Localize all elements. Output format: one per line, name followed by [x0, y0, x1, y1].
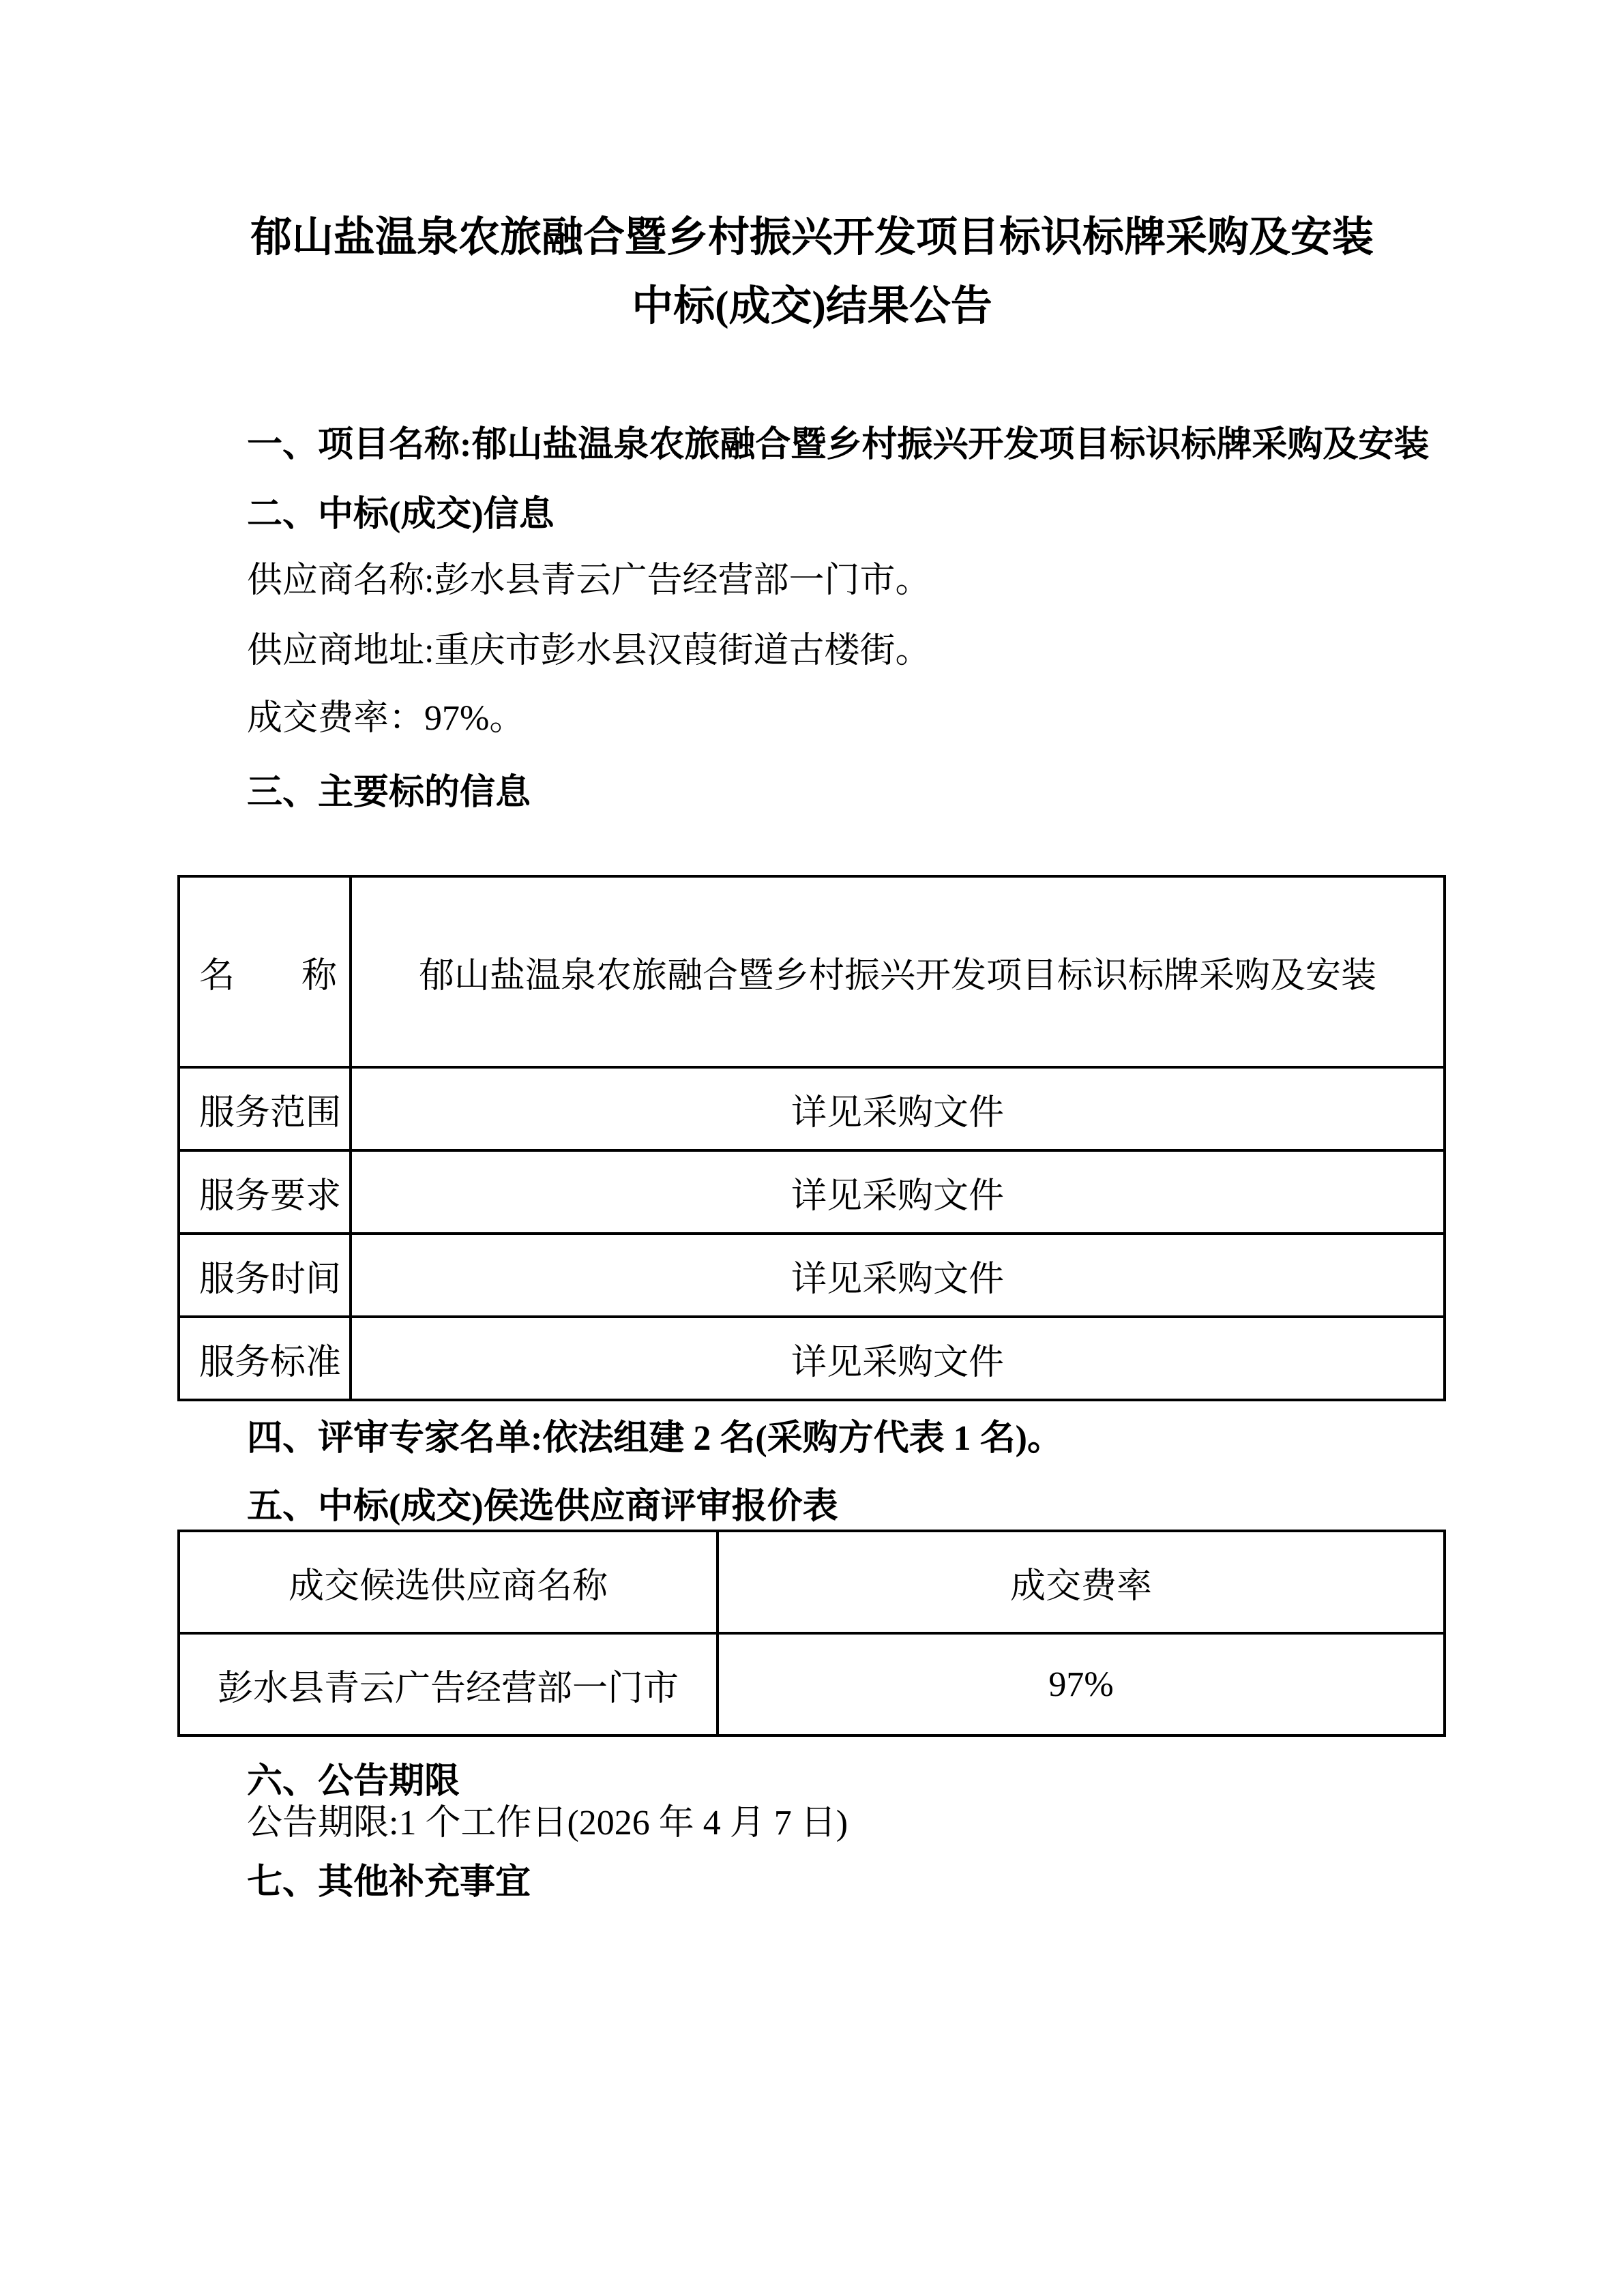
service-scope-value: 详见采购文件 — [351, 1067, 1445, 1150]
subject-name-label: 名 称 — [180, 946, 349, 998]
name-label-char1: 名 — [199, 946, 235, 998]
subject-info-table: 名 称 郁山盐温泉农旅融合暨乡村振兴开发项目标识标牌采购及安装 服务范围 详见采… — [177, 875, 1446, 1401]
deal-rate-line: 成交费率：97%。 — [247, 697, 525, 741]
table-row: 服务范围 详见采购文件 — [179, 1067, 1445, 1150]
service-standard-value: 详见采购文件 — [351, 1317, 1445, 1400]
table-header-row: 成交候选供应商名称 成交费率 — [179, 1531, 1445, 1633]
section-5-candidate-table: 五、中标(成交)侯选供应商评审报价表 — [247, 1485, 838, 1529]
subject-name-label-cell: 名 称 — [179, 876, 351, 1067]
table-row: 服务时间 详见采购文件 — [179, 1234, 1445, 1317]
service-time-value: 详见采购文件 — [351, 1234, 1445, 1317]
quote-rate-value: 97% — [718, 1633, 1445, 1735]
supplier-name-line: 供应商名称:彭水县青云广告经营部一门市。 — [247, 559, 930, 603]
section-7-other: 七、其他补充事宜 — [247, 1861, 531, 1905]
section-4-experts: 四、评审专家名单:依法组建 2 名(采购方代表 1 名)。 — [247, 1417, 1063, 1461]
supplier-address-line: 供应商地址:重庆市彭水县汉葭街道古楼街。 — [247, 629, 930, 673]
quote-header-rate: 成交费率 — [718, 1531, 1445, 1633]
name-label-char2: 称 — [301, 946, 337, 998]
document-title-line1: 郁山盐温泉农旅融合暨乡村振兴开发项目标识标牌采购及安装 — [0, 213, 1624, 263]
section-2-award-info: 二、中标(成交)信息 — [247, 493, 555, 537]
candidate-quote-table: 成交候选供应商名称 成交费率 彭水县青云广告经营部一门市 97% — [177, 1530, 1446, 1737]
table-row: 服务标准 详见采购文件 — [179, 1317, 1445, 1400]
quote-header-supplier: 成交候选供应商名称 — [179, 1531, 718, 1633]
section-3-subject-info: 三、主要标的信息 — [247, 771, 531, 815]
document-page: 郁山盐温泉农旅融合暨乡村振兴开发项目标识标牌采购及安装 中标(成交)结果公告 一… — [0, 0, 1624, 2296]
table-row: 名 称 郁山盐温泉农旅融合暨乡村振兴开发项目标识标牌采购及安装 — [179, 876, 1445, 1067]
table-row: 彭水县青云广告经营部一门市 97% — [179, 1633, 1445, 1735]
quote-supplier-value: 彭水县青云广告经营部一门市 — [179, 1633, 718, 1735]
subject-name-value: 郁山盐温泉农旅融合暨乡村振兴开发项目标识标牌采购及安装 — [351, 876, 1445, 1067]
section-6-announcement-period: 六、公告期限 — [247, 1760, 460, 1804]
section-1-project-name: 一、项目名称:郁山盐温泉农旅融合暨乡村振兴开发项目标识标牌采购及安装 — [247, 423, 1429, 467]
service-scope-label: 服务范围 — [179, 1067, 351, 1150]
service-requirement-value: 详见采购文件 — [351, 1150, 1445, 1234]
announcement-period-detail: 公告期限:1 个工作日(2026 年 4 月 7 日) — [247, 1802, 848, 1845]
document-title-line2: 中标(成交)结果公告 — [0, 282, 1624, 332]
table-row: 服务要求 详见采购文件 — [179, 1150, 1445, 1234]
service-time-label: 服务时间 — [179, 1234, 351, 1317]
service-requirement-label: 服务要求 — [179, 1150, 351, 1234]
service-standard-label: 服务标准 — [179, 1317, 351, 1400]
